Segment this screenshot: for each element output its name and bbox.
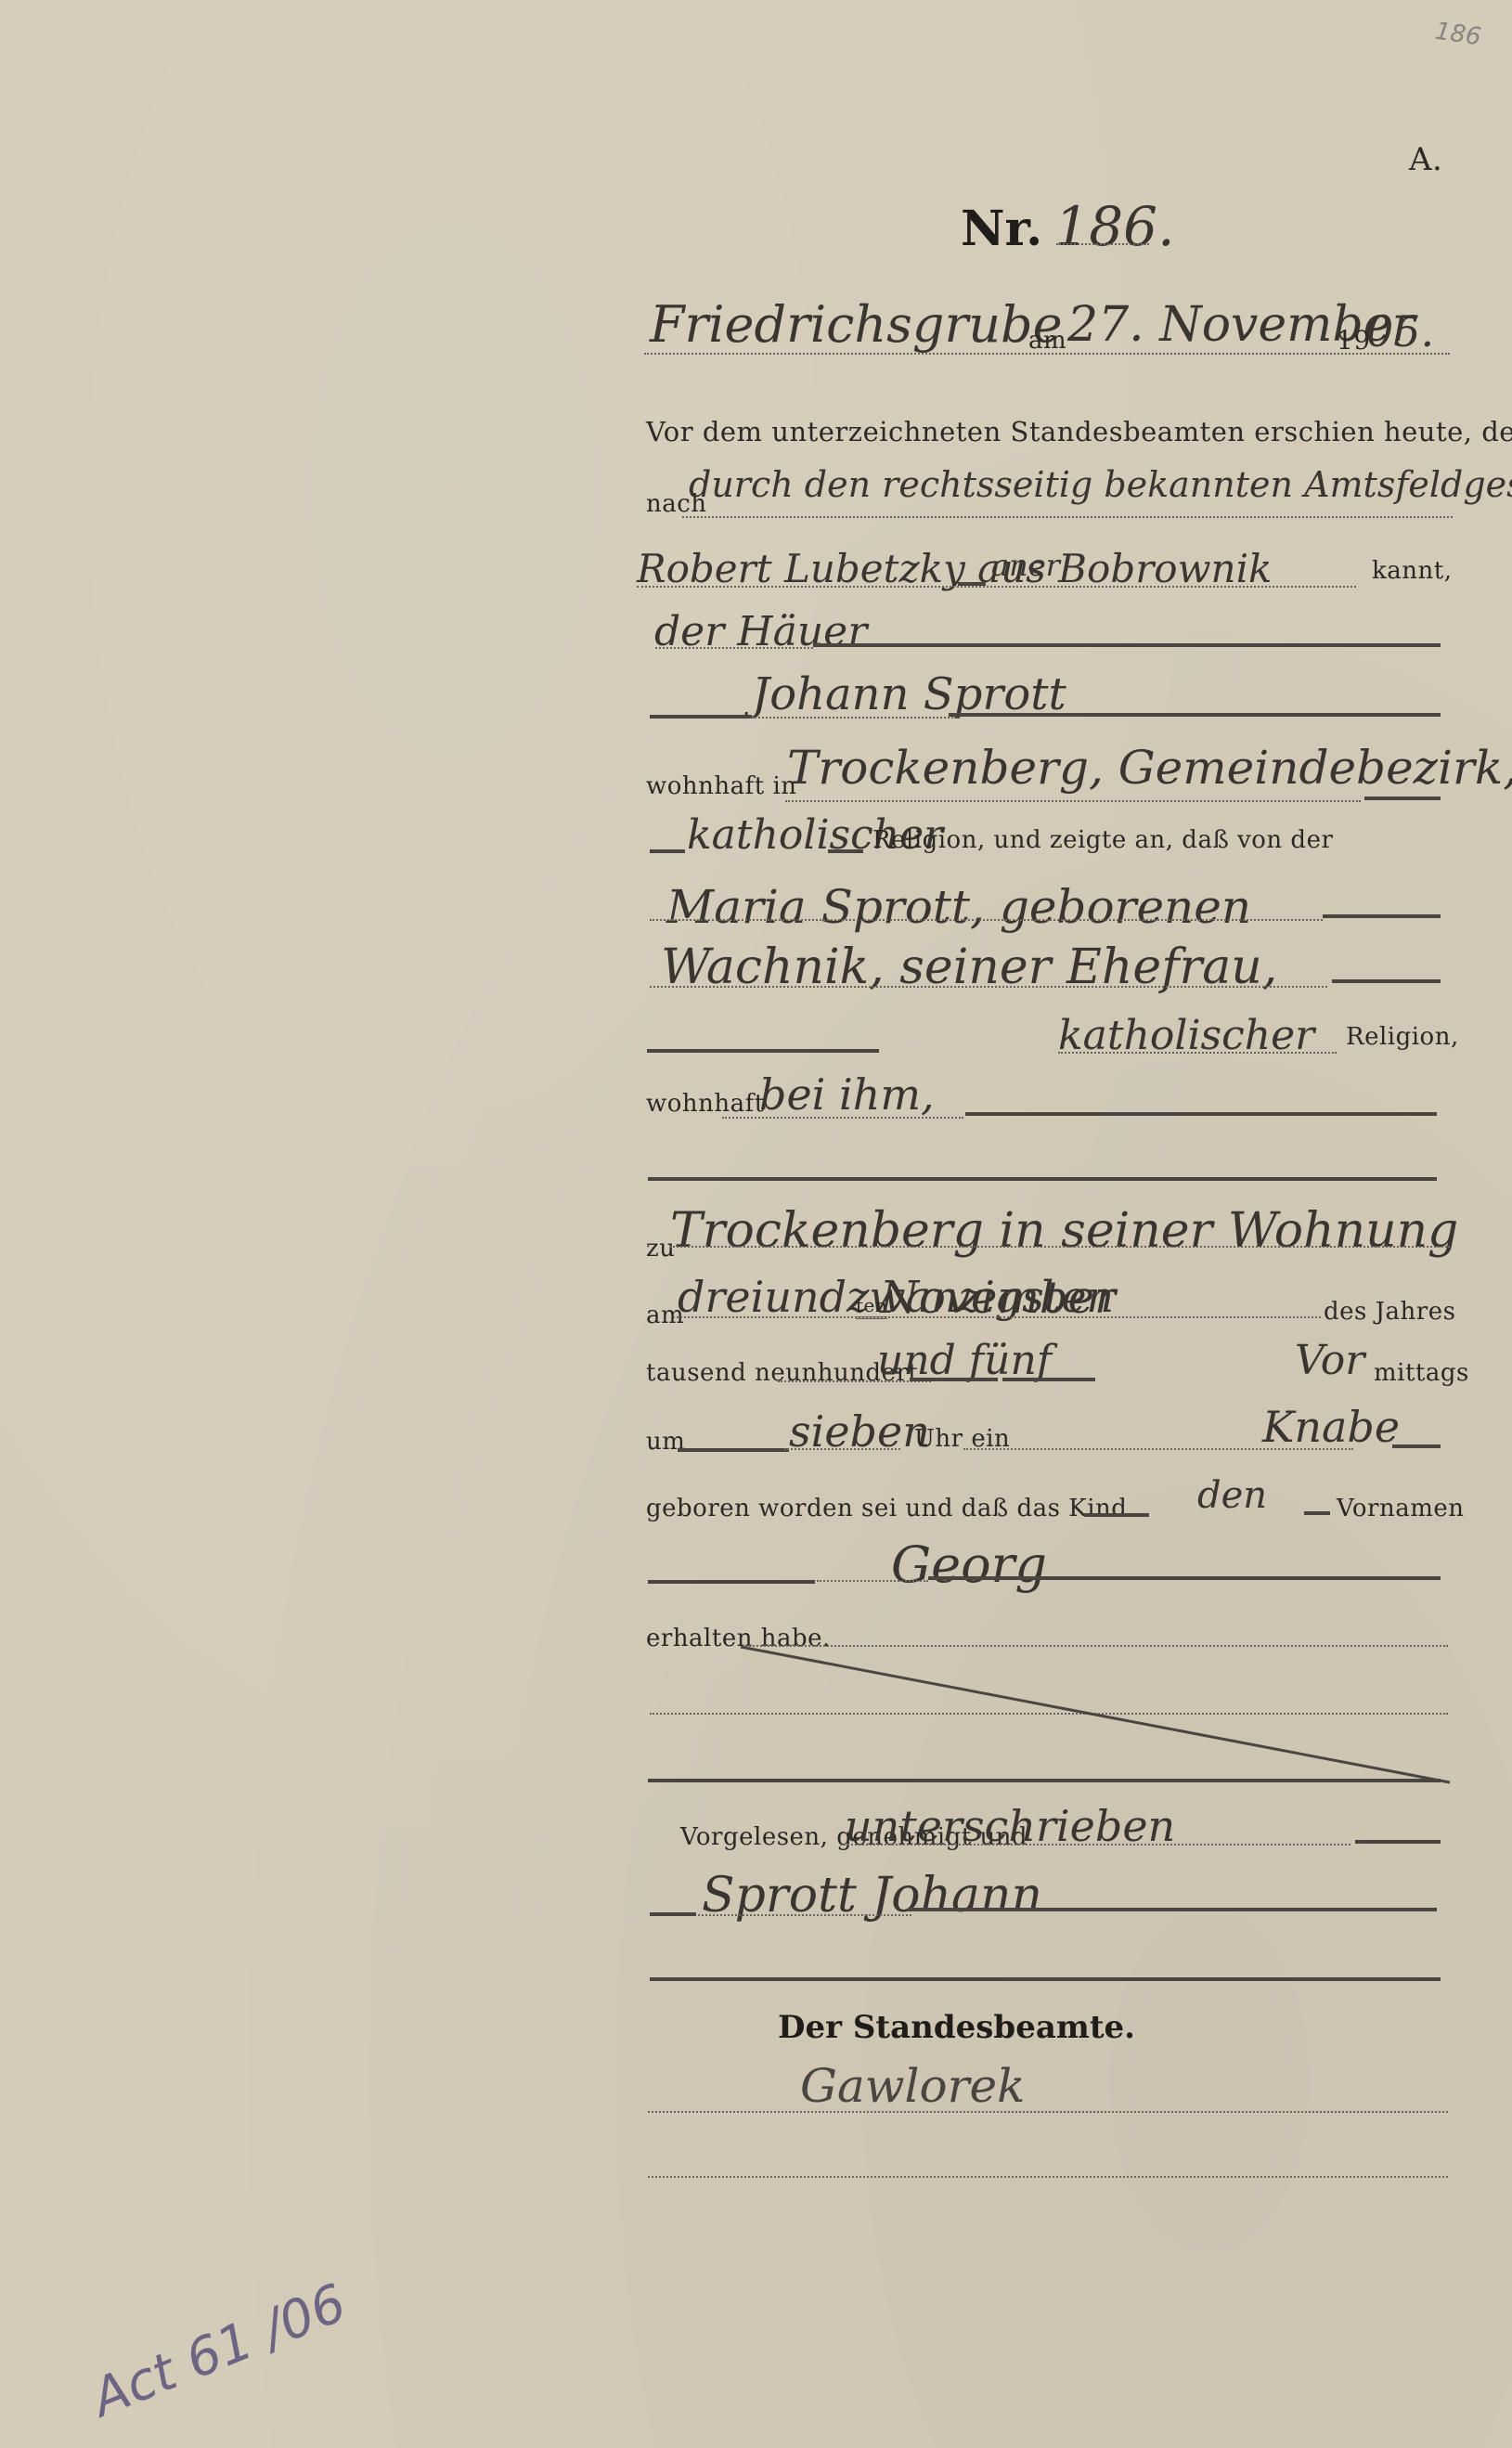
fill-rule [1084,1513,1149,1517]
dotted-line [963,1448,1353,1450]
dotted-line [648,2176,1448,2178]
fill-rule [1364,797,1441,800]
wohnhaft-in-label: wohnhaft in [646,772,797,800]
cancellation-stroke [733,1643,1457,1792]
fill-rule [678,1448,789,1452]
official-title: Der Standesbeamte. [778,2009,1135,2046]
fill-rule [648,1177,1437,1181]
dotted-line [637,586,1356,588]
year-suffix: 05. [1366,306,1434,356]
fill-rule [910,1378,998,1381]
dotted-line [817,1580,928,1582]
meridiem-hand: Vor [1295,1337,1364,1384]
dotted-line [752,717,956,719]
vornamen-label: Vornamen [1337,1495,1465,1522]
dotted-line [778,1380,931,1382]
given-name: Georg [891,1535,1047,1594]
archive-number: 186 [1433,18,1482,52]
dotted-line [698,1914,911,1916]
mother-religion-label: Religion, [1346,1023,1459,1051]
fill-rule [1002,1378,1095,1381]
fill-rule [648,1580,815,1584]
dotted-line [1058,1052,1337,1054]
dotted-line [840,1844,1350,1846]
fill-rule [949,643,1441,647]
fill-rule [1392,1444,1441,1448]
fill-rule [828,849,863,853]
des-jahres-label: des Jahres [1324,1298,1455,1326]
birth-sex: Knabe [1262,1402,1400,1452]
nr-value: 186. [1054,195,1174,258]
place-name: Friedrichsgrube [650,295,1063,354]
fill-rule [1304,1511,1330,1515]
dotted-line [650,986,1327,988]
birth-place: Trockenberg in seiner Wohnung [670,1203,1458,1259]
identity-line-1: durch den rechtsseitig bekannten Amtsfel… [689,464,1512,505]
date-dotted-line [644,353,1450,355]
dotted-line [722,1117,963,1119]
official-signature: Gawlorek [800,2059,1025,2113]
fill-rule [928,1576,1441,1580]
dotted-line [655,647,813,649]
mother-residence: bei ihm, [759,1069,935,1120]
born-text: geboren worden sei und daß das Kind [646,1495,1127,1522]
fill-rule [965,1112,1437,1116]
dotted-line [785,800,1361,802]
dotted-line [682,516,1453,518]
dotted-line [673,1316,1321,1318]
mother-name: Maria Sprott, geborenen [666,880,1251,934]
margin-note: Act 61 /06 [84,2273,354,2429]
record-number: Nr. 186. [961,195,1175,258]
fill-rule [650,1912,696,1916]
birth-article: den [1197,1474,1267,1517]
fill-rule [1332,979,1441,983]
fill-rule [647,1049,879,1053]
religion-text: Religion, und zeigte an, daß von der [872,826,1333,854]
nr-label: Nr. [961,201,1042,257]
identity-suffix-hand: aner [991,548,1060,583]
fill-rule [908,1908,1437,1911]
am-label: am [1028,327,1066,355]
identity-line-2: Robert Lubetzky aus Bobrownik [637,546,1272,591]
dotted-line [670,1246,1450,1248]
fill-rule [949,713,1441,717]
mittags-label: mittags [1374,1359,1469,1387]
form-letter: A. [1409,141,1442,178]
fill-rule [1323,914,1441,918]
fill-rule [650,1977,1441,1981]
kannt-label: kannt, [1372,557,1452,585]
fill-rule [650,849,685,853]
dotted-line [648,2111,1448,2113]
dotted-line [784,1448,900,1450]
fill-rule [650,715,752,719]
dotted-line [650,919,1323,921]
mother-wohnhaft-label: wohnhaft [646,1090,765,1118]
fill-rule [1355,1840,1441,1844]
declarant-residence: Trockenberg, Gemeindebezirk, [787,741,1512,795]
intro-text: Vor dem unterzeichneten Standesbeamten e… [646,416,1512,447]
nr-dotted-line [1056,243,1149,245]
